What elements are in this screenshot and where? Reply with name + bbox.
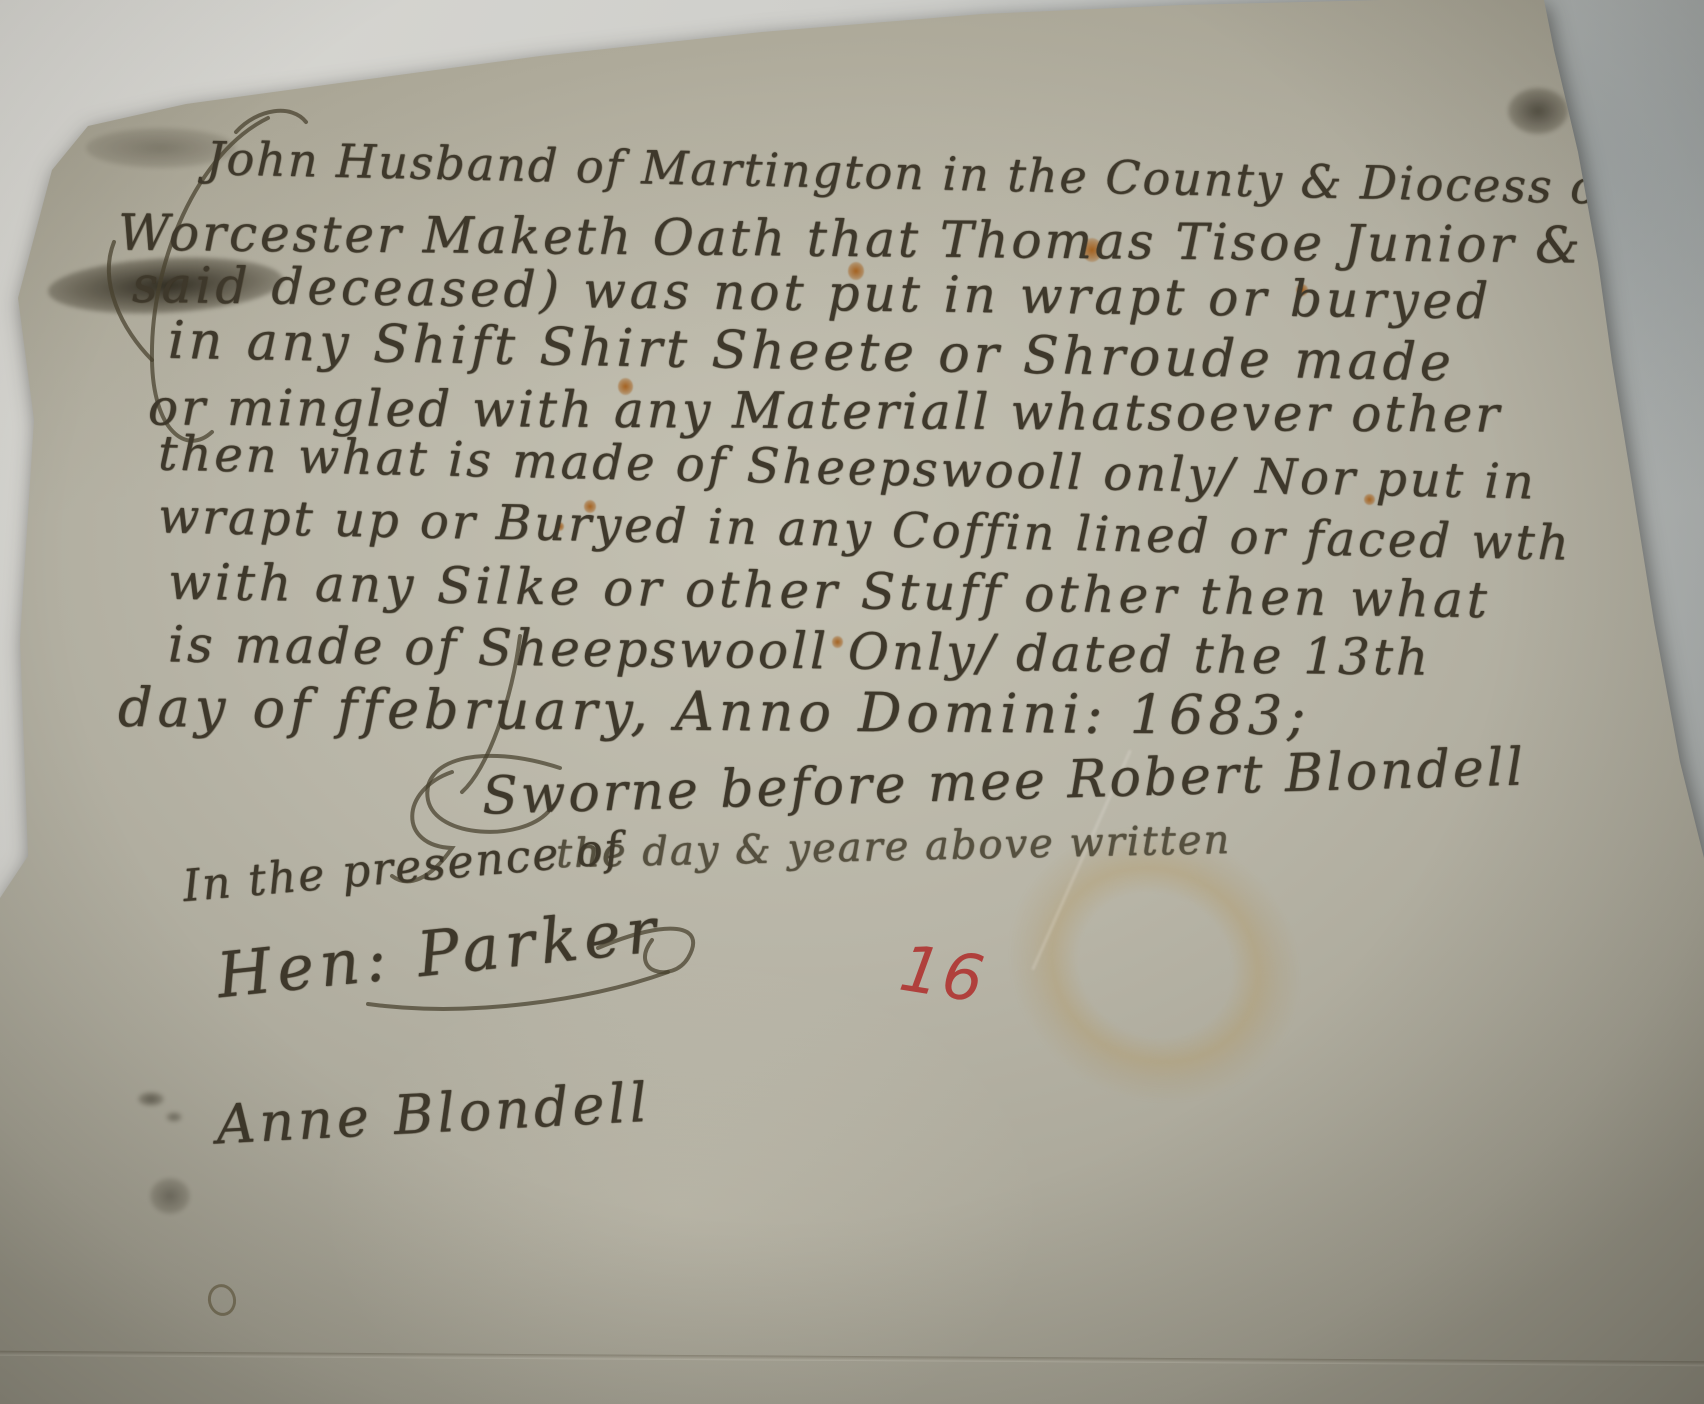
manuscript-line: John Husband of Martington in the County… [206,131,1620,215]
manuscript-line: is made of Sheepswooll Only/ dated the 1… [168,615,1432,686]
ink-blot [150,1178,190,1214]
fold-crease [0,1351,1704,1366]
paper-sheet: John Husband of Martington in the County… [0,0,1704,1404]
paper-sheet-wrap: John Husband of Martington in the County… [0,0,1704,1404]
attestation-line: the day & yeare above written [556,817,1232,877]
witness-signature-hen-parker: Hen: Parker [213,893,665,1012]
witness-signature-anne-blondell: Anne Blondell [215,1071,653,1157]
ink-smudge-right-edge [1508,88,1568,134]
manuscript-line: day of ffebruary, Anno Domini: 1683; [118,676,1311,747]
witness-heading: In the presence of [181,823,625,912]
archival-number: 16 [895,932,991,1018]
ink-speck [138,1092,164,1106]
attestation-line: Sworne before mee Robert Blondell [481,737,1526,826]
ink-ring-mark [205,1281,239,1318]
manuscript-photograph: John Husband of Martington in the County… [0,0,1704,1404]
ink-speck [166,1112,182,1122]
